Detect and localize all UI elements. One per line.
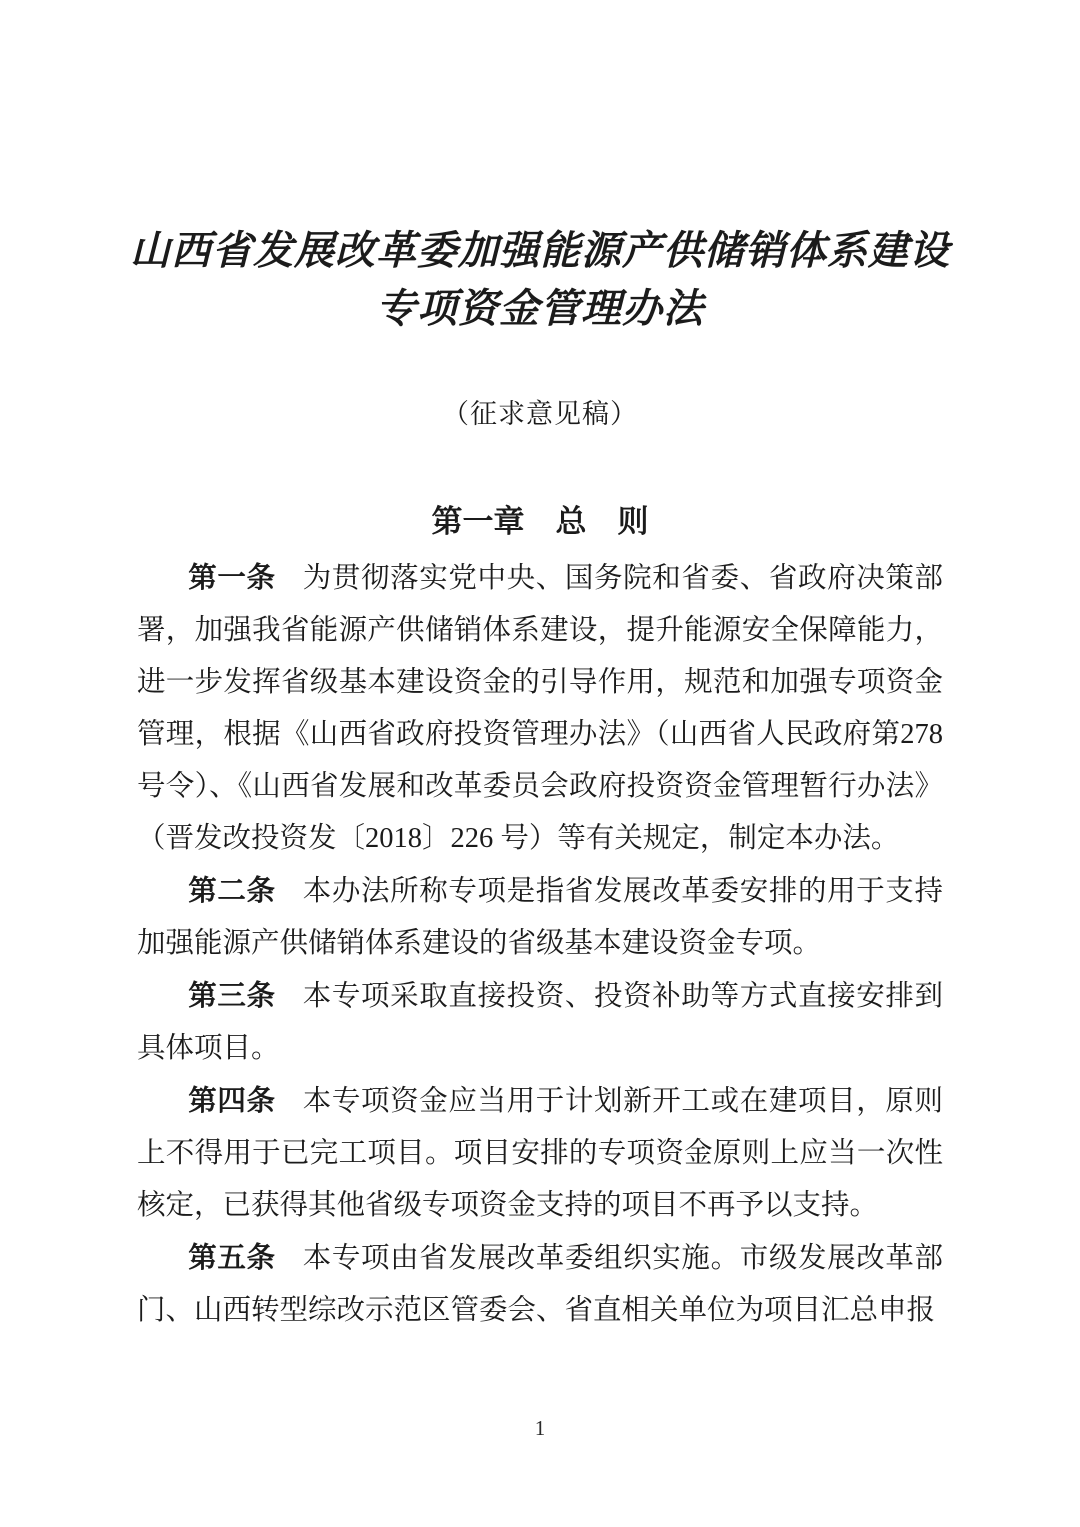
- article-1-text: 为贯彻落实党中央、国务院和省委、省政府决策部署，加强我省能源产供储销体系建设，提…: [137, 563, 943, 854]
- article-paragraph-3: 第三条本专项采取直接投资、投资补助等方式直接安排到具体项目。: [137, 970, 943, 1075]
- document-page: 山西省发展改革委加强能源产供储销体系建设 专项资金管理办法 （征求意见稿） 第一…: [0, 0, 1080, 1527]
- article-3-label: 第三条: [188, 980, 275, 1012]
- document-title: 山西省发展改革委加强能源产供储销体系建设 专项资金管理办法: [0, 0, 1080, 338]
- article-4-label: 第四条: [188, 1085, 275, 1117]
- page-number: 1: [0, 1416, 1080, 1441]
- document-subtitle: （征求意见稿）: [0, 396, 1080, 432]
- article-paragraph-2: 第二条本办法所称专项是指省发展改革委安排的用于支持加强能源产供储销体系建设的省级…: [137, 865, 943, 970]
- chapter-heading: 第一章 总 则: [0, 504, 1080, 540]
- article-1-label: 第一条: [188, 562, 275, 594]
- article-2-label: 第二条: [188, 875, 275, 907]
- document-body: 第一条为贯彻落实党中央、国务院和省委、省政府决策部署，加强我省能源产供储销体系建…: [137, 552, 943, 1337]
- article-paragraph-4: 第四条本专项资金应当用于计划新开工或在建项目，原则上不得用于已完工项目。项目安排…: [137, 1075, 943, 1232]
- document-title-line-2: 专项资金管理办法: [0, 280, 1080, 338]
- article-5-label: 第五条: [188, 1242, 275, 1274]
- article-paragraph-5: 第五条本专项由省发展改革委组织实施。市级发展改革部门、山西转型综改示范区管委会、…: [137, 1232, 943, 1337]
- article-paragraph-1: 第一条为贯彻落实党中央、国务院和省委、省政府决策部署，加强我省能源产供储销体系建…: [137, 552, 943, 865]
- document-title-line-1: 山西省发展改革委加强能源产供储销体系建设: [0, 222, 1080, 280]
